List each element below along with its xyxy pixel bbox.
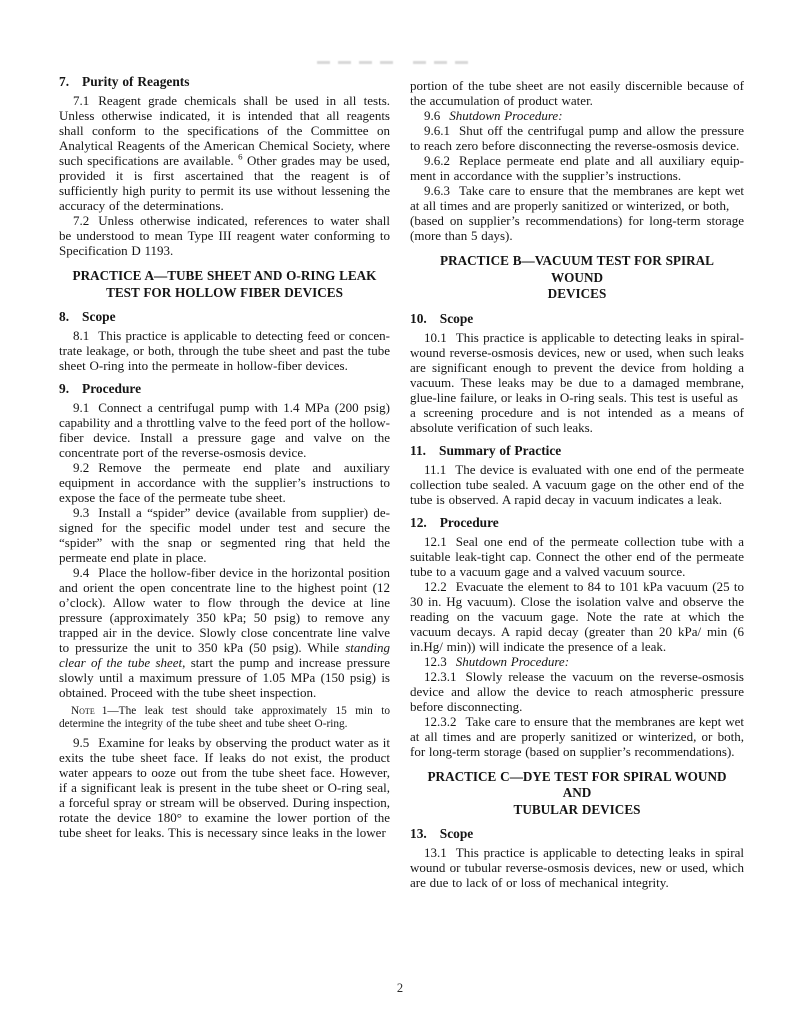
text-run: Connect a centrifugal pump with 1.4 MPa … <box>59 400 390 460</box>
text-run: This practice is applicable to detecting… <box>410 330 744 405</box>
body-paragraph: a screening procedure and is not intende… <box>410 405 744 435</box>
body-paragraph: 12.1Seal one end of the permeate collect… <box>410 534 744 579</box>
body-paragraph: 9.5Examine for leaks by observing the pr… <box>59 735 390 840</box>
text-run: Shutdown Procedure: <box>449 108 562 123</box>
paragraph-number: 9.3 <box>73 505 89 520</box>
document-page: 7.Purity of Reagents7.1Reagent grade che… <box>0 0 800 1036</box>
section-title: Procedure <box>82 381 141 396</box>
practice-heading-line: PRACTICE B—VACUUM TEST FOR SPIRAL WOUND <box>416 253 738 286</box>
paragraph-number: 7.2 <box>73 213 89 228</box>
paragraph-number: 8.1 <box>73 328 89 343</box>
paragraph-number: 9.6 <box>424 108 440 123</box>
section-title: Scope <box>440 311 473 326</box>
body-paragraph: (based on supplier’s recommendations) fo… <box>410 213 744 243</box>
body-paragraph: 7.2Unless otherwise indicated, reference… <box>59 213 390 258</box>
body-paragraph: 9.6.3Take care to ensure that the membra… <box>410 183 744 213</box>
practice-heading-line: PRACTICE C—DYE TEST FOR SPIRAL WOUND <box>416 769 738 786</box>
practice-heading-line: AND <box>416 785 738 802</box>
left-column: 7.Purity of Reagents7.1Reagent grade che… <box>59 66 390 840</box>
text-run: Place the hollow-fiber device in the hor… <box>59 565 390 655</box>
paragraph-number: 9.1 <box>73 400 89 415</box>
body-paragraph: 9.1Connect a centrifugal pump with 1.4 M… <box>59 400 390 460</box>
text-run: This practice is applicable to detecting… <box>410 845 744 890</box>
section-heading: 10.Scope <box>410 311 744 327</box>
text-run: Remove the permeate end plate and auxili… <box>59 460 390 505</box>
body-paragraph: 9.3Install a “spider” device (available … <box>59 505 390 565</box>
section-number: 9. <box>59 381 69 396</box>
practice-heading-line: TEST FOR HOLLOW FIBER DEVICES <box>65 285 384 302</box>
text-run: Shutdown Procedure: <box>456 654 569 669</box>
practice-heading-line: DEVICES <box>416 286 738 303</box>
section-title: Procedure <box>440 515 499 530</box>
text-run: Seal one end of the permeate collection … <box>410 534 744 579</box>
page-number: 2 <box>0 981 800 996</box>
paragraph-number: 9.6.3 <box>424 183 450 198</box>
paragraph-number: 11.1 <box>424 462 446 477</box>
text-run: Take care to ensure that the membranes a… <box>410 714 744 759</box>
section-heading: 11.Summary of Practice <box>410 443 744 459</box>
section-number: 7. <box>59 74 69 89</box>
text-run: Replace permeate end plate and all auxil… <box>410 153 744 183</box>
paragraph-number: 9.6.1 <box>424 123 450 138</box>
section-title: Scope <box>440 826 473 841</box>
faded-header-artifact <box>413 61 473 64</box>
note-paragraph: Note1—The leak test should take approxim… <box>59 705 390 731</box>
text-run: Evacuate the element to 84 to 101 kPa va… <box>410 579 744 654</box>
text-run: portion of the tube sheet are not easily… <box>410 78 744 108</box>
section-title: Scope <box>82 309 115 324</box>
paragraph-number: 12.1 <box>424 534 447 549</box>
body-paragraph: 12.3Shutdown Procedure: <box>410 654 744 669</box>
paragraph-number: 12.3 <box>424 654 447 669</box>
section-heading: 13.Scope <box>410 826 744 842</box>
section-heading: 12.Procedure <box>410 515 744 531</box>
body-paragraph: 11.1The device is evaluated with one end… <box>410 462 744 507</box>
body-paragraph: 12.2Evacuate the element to 84 to 101 kP… <box>410 579 744 654</box>
body-paragraph: 8.1This practice is applicable to detect… <box>59 328 390 373</box>
body-paragraph: 10.1This practice is applicable to detec… <box>410 330 744 405</box>
paragraph-number: 9.6.2 <box>424 153 450 168</box>
paragraph-number: 12.3.1 <box>424 669 457 684</box>
body-paragraph: portion of the tube sheet are not easily… <box>410 78 744 108</box>
section-number: 12. <box>410 515 427 530</box>
body-paragraph: 9.6Shutdown Procedure: <box>410 108 744 123</box>
text-run: Install a “spider” device (available fro… <box>59 505 390 565</box>
paragraph-number: 9.5 <box>73 735 89 750</box>
body-paragraph: 12.3.1Slowly release the vacuum on the r… <box>410 669 744 714</box>
body-paragraph: 9.4Place the hollow-fiber device in the … <box>59 565 390 700</box>
text-run: Shut off the centrifugal pump and allow … <box>410 123 744 153</box>
paragraph-number: 12.3.2 <box>424 714 457 729</box>
section-number: 11. <box>410 443 426 458</box>
paragraph-number: 10.1 <box>424 330 447 345</box>
paragraph-number: 7.1 <box>73 93 89 108</box>
text-run: 1—The leak test should take approximatel… <box>59 705 390 730</box>
text-run: (based on supplier’s recommendations) fo… <box>410 213 744 243</box>
text-run: The device is evaluated with one end of … <box>410 462 744 507</box>
text-run: This practice is applicable to detecting… <box>59 328 390 373</box>
body-paragraph: 12.3.2Take care to ensure that the membr… <box>410 714 744 759</box>
body-paragraph: 9.2Remove the permeate end plate and aux… <box>59 460 390 505</box>
text-run: Slowly release the vacuum on the reverse… <box>410 669 744 714</box>
text-run: Take care to ensure that the membranes a… <box>410 183 744 213</box>
text-run: a screening procedure and is not intende… <box>410 405 744 435</box>
paragraph-number: 9.2 <box>73 460 89 475</box>
paragraph-number: 13.1 <box>424 845 447 860</box>
paragraph-number: 9.4 <box>73 565 89 580</box>
practice-heading: PRACTICE B—VACUUM TEST FOR SPIRAL WOUNDD… <box>416 253 738 303</box>
section-heading: 8.Scope <box>59 309 390 325</box>
right-column: portion of the tube sheet are not easily… <box>410 66 744 890</box>
body-paragraph: 13.1This practice is applicable to detec… <box>410 845 744 890</box>
practice-heading: PRACTICE A—TUBE SHEET AND O-RING LEAKTES… <box>65 268 384 301</box>
section-heading: 9.Procedure <box>59 381 390 397</box>
text-run: Examine for leaks by observing the produ… <box>59 735 390 840</box>
section-title: Summary of Practice <box>439 443 561 458</box>
faded-header-artifact <box>317 61 397 64</box>
body-paragraph: 9.6.1Shut off the centrifugal pump and a… <box>410 123 744 153</box>
paragraph-number: 12.2 <box>424 579 447 594</box>
practice-heading: PRACTICE C—DYE TEST FOR SPIRAL WOUNDANDT… <box>416 769 738 819</box>
section-number: 8. <box>59 309 69 324</box>
body-paragraph: 7.1Reagent grade chemicals shall be used… <box>59 93 390 213</box>
section-number: 10. <box>410 311 427 326</box>
text-run: Note <box>71 705 95 717</box>
section-title: Purity of Reagents <box>82 74 189 89</box>
practice-heading-line: TUBULAR DEVICES <box>416 802 738 819</box>
section-number: 13. <box>410 826 427 841</box>
body-paragraph: 9.6.2Replace permeate end plate and all … <box>410 153 744 183</box>
practice-heading-line: PRACTICE A—TUBE SHEET AND O-RING LEAK <box>65 268 384 285</box>
section-heading: 7.Purity of Reagents <box>59 74 390 90</box>
text-run: Unless otherwise indicated, references t… <box>59 213 390 258</box>
